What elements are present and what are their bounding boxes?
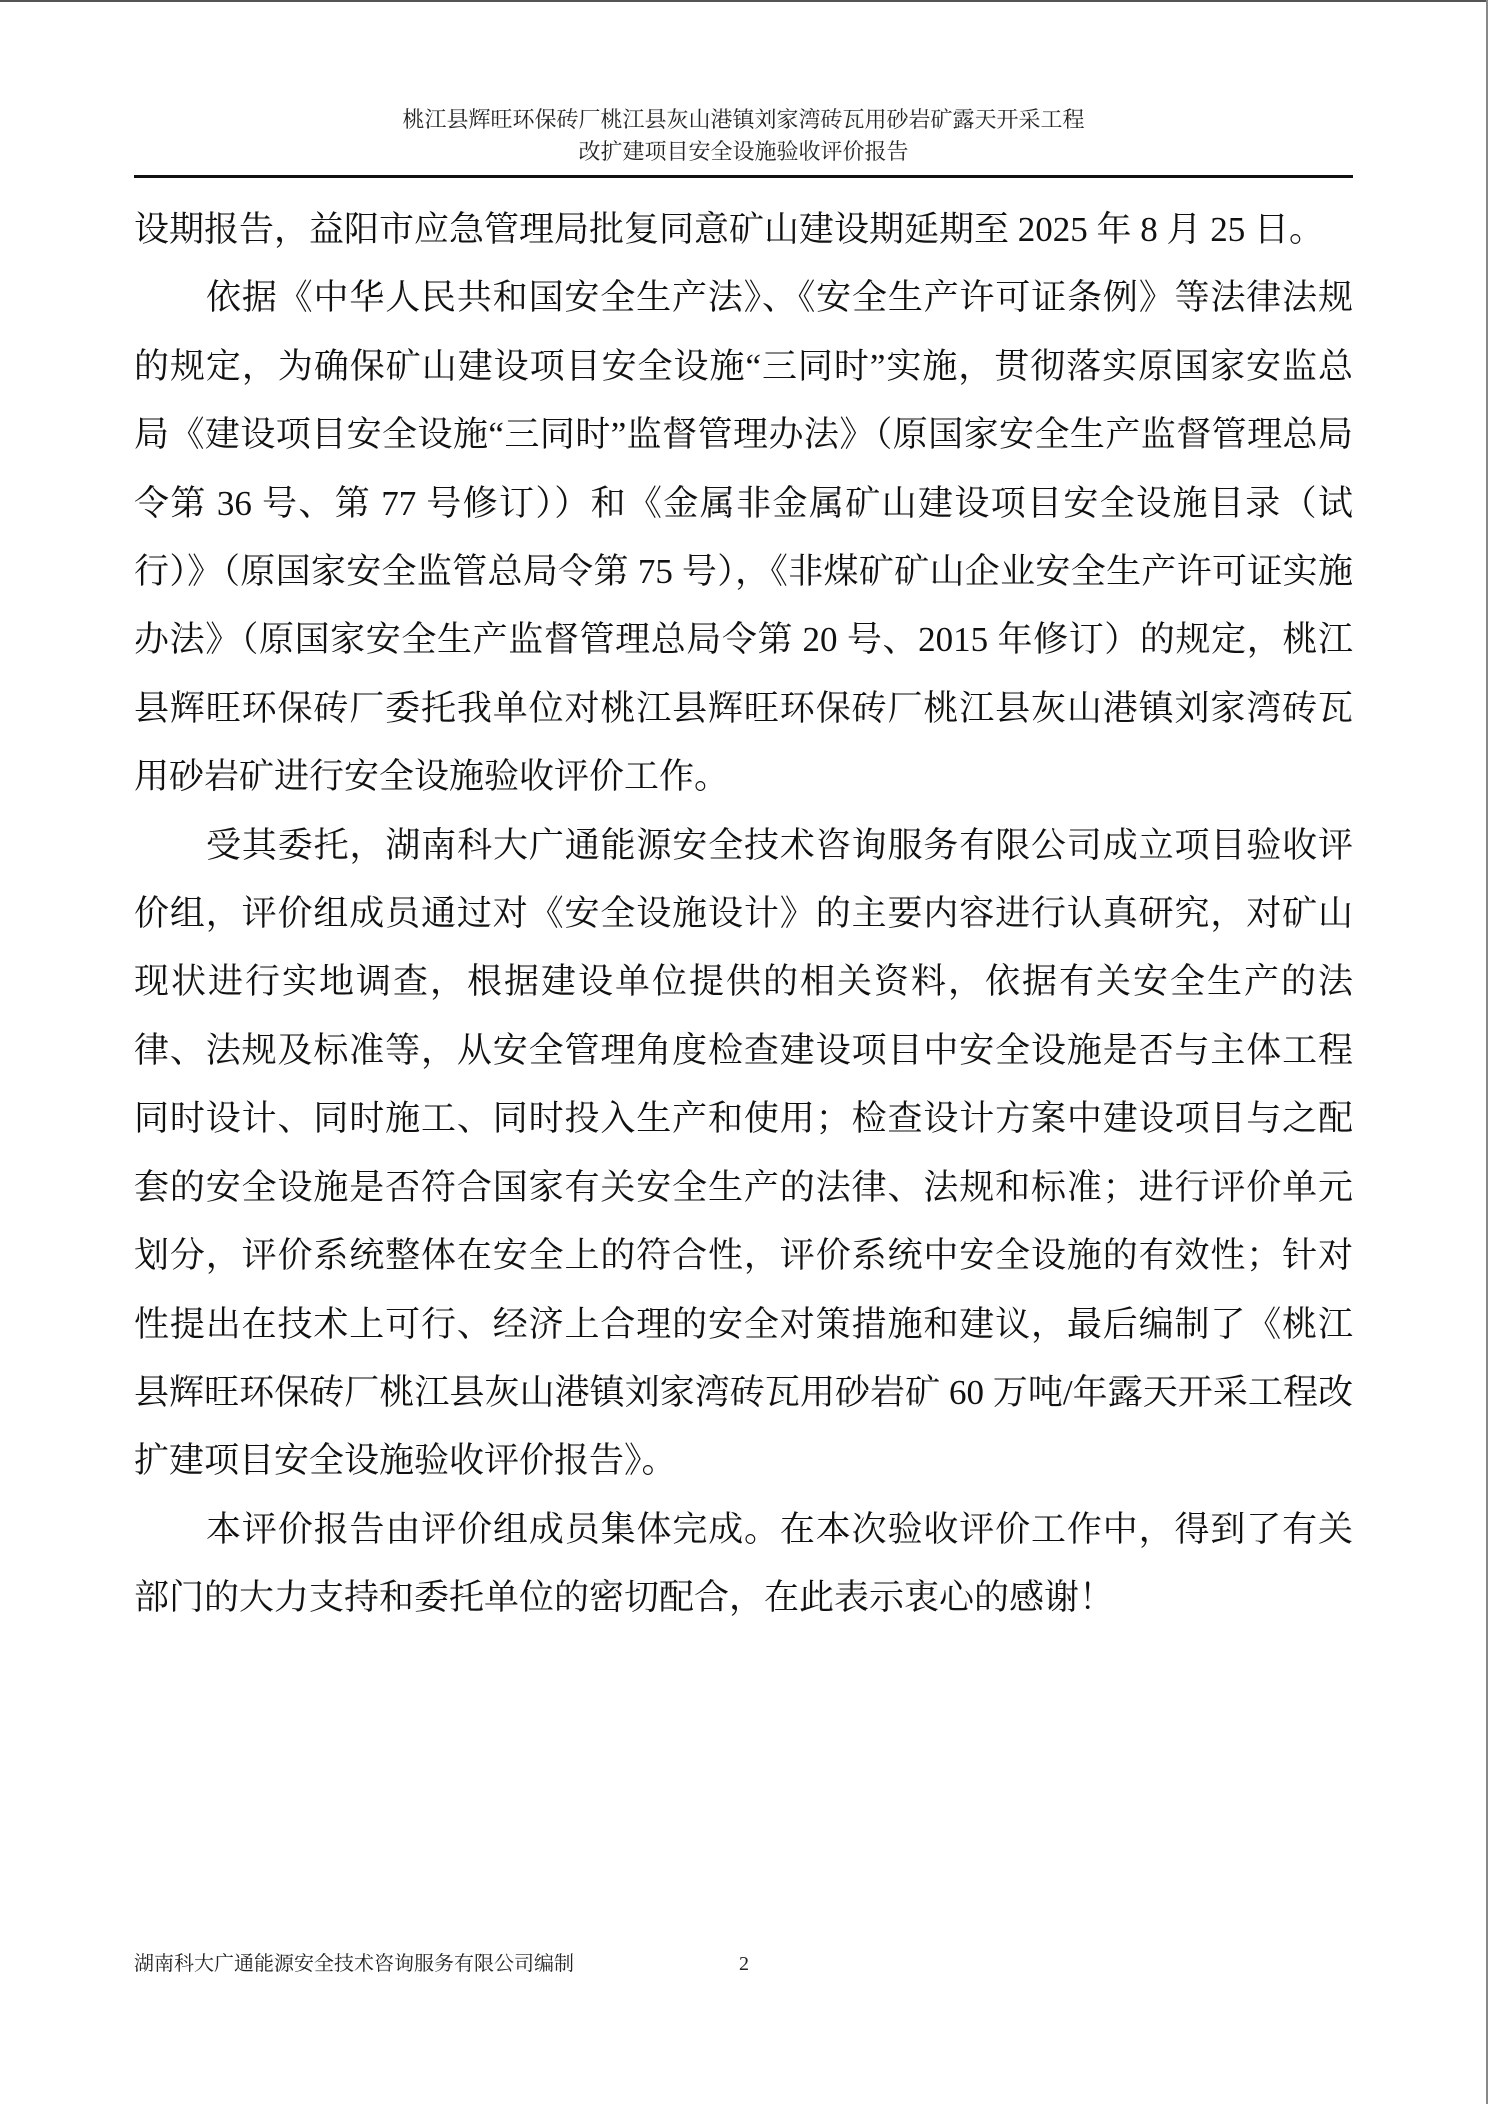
- document-body: 设期报告，益阳市应急管理局批复同意矿山建设期延期至 2025 年 8 月 25 …: [134, 196, 1353, 1633]
- header-title-line2: 改扩建项目安全设施验收评价报告: [134, 136, 1353, 168]
- header-divider: [134, 175, 1353, 178]
- page-border-top: [0, 0, 1488, 2]
- page-number: 2: [739, 1950, 749, 1978]
- paragraph-legal-basis: 依据《中华人民共和国安全生产法》、《安全生产许可证条例》等法律法规的规定，为确保…: [134, 264, 1353, 811]
- header-title-line1: 桃江县辉旺环保砖厂桃江县灰山港镇刘家湾砖瓦用砂岩矿露天开采工程: [134, 104, 1353, 136]
- running-header: 桃江县辉旺环保砖厂桃江县灰山港镇刘家湾砖瓦用砂岩矿露天开采工程 改扩建项目安全设…: [134, 104, 1353, 168]
- paragraph-evaluation-process: 受其委托，湖南科大广通能源安全技术咨询服务有限公司成立项目验收评价组，评价组成员…: [134, 812, 1353, 1496]
- footer-publisher: 湖南科大广通能源安全技术咨询服务有限公司编制: [134, 1950, 574, 1978]
- paragraph-acknowledgement: 本评价报告由评价组成员集体完成。在本次验收评价工作中，得到了有关部门的大力支持和…: [134, 1496, 1353, 1633]
- paragraph-continuation: 设期报告，益阳市应急管理局批复同意矿山建设期延期至 2025 年 8 月 25 …: [134, 196, 1353, 264]
